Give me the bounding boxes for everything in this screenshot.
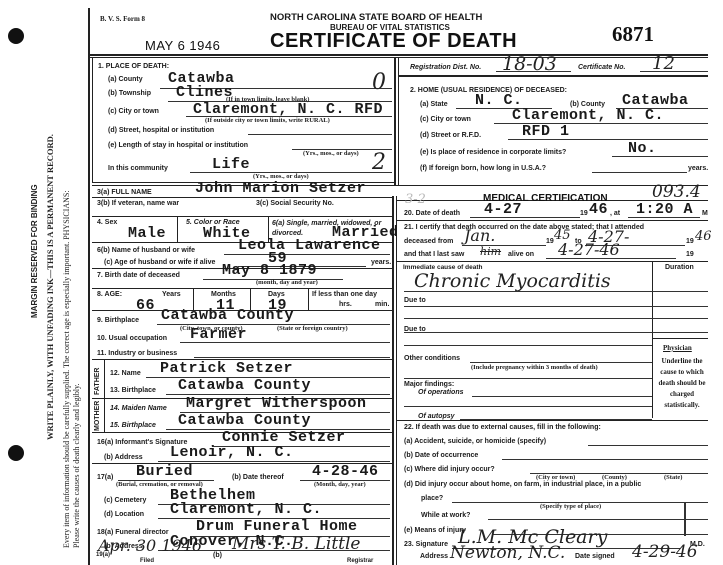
street-label: (d) Street, hospital or institution	[108, 127, 214, 134]
full-name-value: John Marion Setzer	[195, 180, 366, 197]
registrar-label: Registrar	[347, 558, 373, 564]
cause-line	[404, 306, 708, 307]
spouse-age-label: (c) Age of husband or wife if alive	[104, 259, 215, 266]
external-heading: 22. If death was due to external causes,…	[404, 424, 601, 431]
informant-address-value: Lenoir, N. C.	[170, 444, 294, 461]
father-birthplace-value: Catawba County	[178, 377, 311, 394]
mother-birthplace-value: Catawba County	[178, 412, 311, 429]
external-d-label-2: place?	[421, 495, 443, 502]
row-divider	[92, 216, 392, 217]
res-city-value: Claremont, N. C.	[512, 107, 664, 124]
at-label: , at	[610, 210, 620, 217]
city-label: (c) City or town	[108, 108, 159, 115]
community-value: Life	[212, 156, 250, 173]
filed-label: Filed	[140, 558, 154, 564]
father-name-label: 12. Name	[110, 370, 141, 377]
cell-divider	[308, 288, 309, 310]
binding-hole-icon	[8, 445, 24, 461]
signature-address-label: Address	[420, 553, 448, 560]
external-d-label: (d) Did injury occur about home, on farm…	[404, 481, 641, 488]
cause-line	[404, 318, 708, 319]
res-corporate-value: No.	[628, 140, 657, 157]
binding-hole-icon	[8, 28, 24, 44]
res-corporate-label: (e) Is place of residence in corporate l…	[420, 149, 566, 156]
occupation-value: Farmer	[190, 326, 247, 343]
certificate-title: CERTIFICATE OF DEATH	[270, 30, 517, 53]
autopsy-label: Of autopsy	[418, 413, 455, 420]
last-saw-struck: him	[480, 245, 501, 258]
row-divider	[92, 288, 392, 289]
res-state-label: (a) State	[420, 101, 448, 108]
spouse-value: Leola Lawarence	[238, 237, 381, 254]
burial-date-note: (Month, day, year)	[314, 481, 366, 488]
external-a-line	[588, 445, 708, 446]
hrs-label: hrs.	[339, 301, 352, 308]
county-label: (a) County	[108, 76, 143, 83]
spouse-line	[224, 254, 390, 255]
handwritten-code-0: 0	[372, 70, 386, 95]
death-date-label: 20. Date of death	[404, 210, 460, 217]
other-conditions-label: Other conditions	[404, 355, 460, 362]
side-divider	[104, 398, 105, 432]
reg-dist-value: 18-03	[502, 53, 557, 75]
reg-dist-label: Registration Dist. No.	[410, 64, 481, 71]
external-c-note-1: (City or town)	[536, 474, 575, 481]
major-findings-label: Major findings:	[404, 381, 454, 388]
stay-note: (Yrs., mos., or days)	[303, 150, 359, 157]
city-note: (If outside city or town limits, write R…	[205, 117, 330, 124]
from-year-prefix: 19	[546, 238, 554, 245]
funeral-director-label: 18(a) Funeral director	[97, 529, 169, 536]
location-label: (d) Location	[104, 511, 144, 518]
means-of-injury-label: (e) Means of injury	[404, 527, 466, 534]
row-divider	[396, 420, 708, 421]
res-street-value: RFD 1	[522, 123, 570, 140]
row-divider	[92, 197, 392, 198]
father-side-label: FATHER	[94, 368, 101, 395]
due-to-label: Due to	[404, 297, 426, 304]
less-day-label: If less than one day	[312, 291, 377, 298]
burial-label: 17(a)	[97, 474, 113, 481]
margin-binding-text: MARGIN RESERVED FOR BINDING	[30, 184, 39, 318]
sex-label: 4. Sex	[97, 219, 117, 226]
community-label: In this community	[108, 165, 168, 172]
birth-note: (month, day and year)	[256, 279, 318, 286]
veteran-label: 3(b) If veteran, name war	[97, 199, 187, 208]
death-year-value: 46	[589, 201, 608, 218]
cert-no-value: 12	[652, 53, 675, 74]
duration-label: Duration	[665, 264, 694, 271]
father-name-value: Patrick Setzer	[160, 360, 293, 377]
res-city-label: (c) City or town	[420, 116, 471, 123]
physician-box-top	[652, 338, 708, 339]
cell-divider	[177, 216, 178, 242]
row-divider	[396, 220, 708, 221]
res-foreign-label: (f) If foreign born, how long in U.S.A.?	[420, 165, 546, 172]
age-label: 8. AGE:	[97, 291, 122, 298]
board-name: NORTH CAROLINA STATE BOARD OF HEALTH	[270, 12, 482, 23]
mother-maiden-value: Margret Witherspoon	[186, 395, 367, 412]
informant-address-line	[158, 461, 390, 462]
township-label: (b) Township	[108, 90, 151, 97]
birthplace-value: Catawba County	[161, 307, 294, 324]
handwritten-code-2: 2	[372, 150, 386, 175]
community-note: (Yrs., mos., or days)	[253, 173, 309, 180]
column-divider	[394, 58, 396, 185]
certificate-number: 6871	[612, 22, 654, 47]
due-to-label-2: Due to	[404, 326, 426, 333]
registrar-signature: Mrs T. B. Little	[232, 534, 361, 554]
mother-birthplace-label: 15. Birthplace	[110, 422, 156, 429]
attended-from-value: Jan.	[464, 226, 495, 245]
res-corporate-line	[612, 156, 708, 157]
alive-label: alive on	[508, 251, 534, 258]
section-border	[92, 185, 708, 186]
external-d-note: (Specify type of place)	[540, 503, 601, 510]
from-line	[462, 245, 546, 246]
physician-heading: Physician	[663, 344, 692, 352]
immediate-cause-value: Chronic Myocarditis	[414, 270, 611, 292]
form-number: B. V. S. Form 8	[100, 15, 145, 23]
industry-label: 11. Industry or business	[97, 350, 177, 357]
column-divider	[396, 196, 397, 565]
birthplace-label: 9. Birthplace	[97, 317, 139, 324]
spouse-label: 6(b) Name of husband or wife	[97, 247, 195, 254]
side-divider	[104, 359, 105, 399]
death-date-value: 4-27	[484, 201, 522, 218]
industry-line	[194, 357, 390, 358]
section-border	[92, 58, 93, 182]
place-of-death-heading: 1. PLACE OF DEATH:	[98, 63, 169, 70]
cause-line	[404, 291, 708, 292]
father-birthplace-label: 13. Birthplace	[110, 387, 156, 394]
handwritten-stroke	[684, 502, 686, 536]
external-b-label: (b) Date of occurrence	[404, 452, 478, 459]
duration-column-divider	[652, 261, 653, 418]
cause-line	[404, 332, 708, 333]
external-c-note-3: (State)	[664, 474, 682, 481]
date-signed-label: Date signed	[575, 553, 615, 560]
mother-side-label: MOTHER	[94, 401, 101, 431]
external-c-label: (c) Where did injury occur?	[404, 466, 495, 473]
external-c-note-2: (County)	[602, 474, 627, 481]
date-signed-value: 4-29-46	[632, 542, 698, 562]
res-street-label: (d) Street or R.F.D.	[420, 132, 481, 139]
cause-line	[404, 345, 652, 346]
margin-note: 3-2	[405, 192, 426, 207]
burial-date-value: 4-28-46	[312, 463, 379, 480]
attended-to-year: 46	[695, 229, 712, 244]
row-divider	[396, 261, 708, 262]
physician-address: Newton, N.C.	[450, 543, 565, 563]
res-foreign-line	[592, 172, 687, 173]
other-line-2	[404, 378, 652, 379]
margin-permanent-text: WRITE PLAINLY, WITH UNFADING INK—THIS IS…	[45, 134, 55, 440]
burial-disposition-value: Buried	[136, 463, 193, 480]
physician-note: Underline the cause to which death shoul…	[654, 356, 710, 411]
while-at-work-line	[488, 519, 708, 520]
mother-maiden-label: 14. Maiden Name	[110, 405, 167, 412]
column-divider	[392, 196, 394, 565]
margin-instructions-text-2: Please write the causes of death clearly…	[72, 383, 81, 548]
margin-instructions-text: Every item of information should be care…	[62, 190, 71, 548]
cemetery-label: (c) Cemetery	[104, 497, 146, 504]
age-years-value: 66	[136, 297, 155, 314]
filing-label-b: (b)	[213, 552, 222, 559]
reg-divider	[398, 75, 708, 77]
death-township-value: Clines	[176, 84, 233, 101]
header-rule	[88, 54, 708, 56]
to-year-prefix: 19	[686, 238, 694, 245]
death-time-value: 1:20 A	[636, 201, 693, 218]
birth-label: 7. Birth date of deceased	[97, 272, 180, 279]
full-name-label: 3(a) FULL NAME	[97, 189, 152, 196]
other-note: (Include pregnancy within 3 months of de…	[471, 364, 598, 371]
street-line	[248, 134, 392, 135]
operations-label: Of operations	[418, 389, 464, 396]
external-a-label: (a) Accident, suicide, or homicide (spec…	[404, 438, 546, 445]
cause-code: 093.4	[652, 182, 701, 202]
other-line	[470, 362, 652, 363]
years-label: Years	[162, 291, 181, 298]
left-frame-line	[88, 8, 90, 565]
signature-label: 23. Signature	[404, 541, 448, 548]
external-b-line	[502, 459, 708, 460]
informant-address-label: (b) Address	[104, 454, 143, 461]
death-city-value: Claremont, N. C. RFD	[193, 101, 383, 118]
sex-value: Male	[128, 225, 166, 242]
operations-line	[472, 396, 652, 397]
received-date-stamp: MAY 6 1946	[145, 38, 220, 53]
operations-line-2	[404, 406, 652, 407]
res-foreign-unit: years.	[688, 165, 708, 172]
time-suffix: M	[702, 210, 708, 217]
cert-no-label: Certificate No.	[578, 64, 625, 71]
while-at-work-label: While at work?	[421, 512, 470, 519]
filed-date-value: Apr. 30 1946	[98, 536, 202, 555]
occupation-label: 10. Usual occupation	[97, 335, 167, 342]
column-divider	[398, 58, 399, 185]
from-label: deceased from	[404, 238, 453, 245]
location-value: Claremont, N. C.	[170, 501, 322, 518]
ssn-label: 3(c) Social Security No.	[256, 199, 356, 208]
birthplace-note-2: (State or foreign country)	[277, 325, 348, 332]
burial-date-label: (b) Date thereof	[232, 474, 284, 481]
stay-label: (e) Length of stay in hospital or instit…	[108, 142, 248, 149]
alive-on-value: 4-27-46	[558, 240, 620, 259]
birth-date-value: May 8 1879	[222, 262, 317, 279]
spouse-age-unit: years.	[371, 259, 391, 266]
death-year-prefix: 19	[580, 210, 588, 217]
alive-year-prefix: 19	[686, 251, 694, 258]
min-label: min.	[375, 301, 389, 308]
last-saw-label: and that I last saw	[404, 251, 464, 258]
